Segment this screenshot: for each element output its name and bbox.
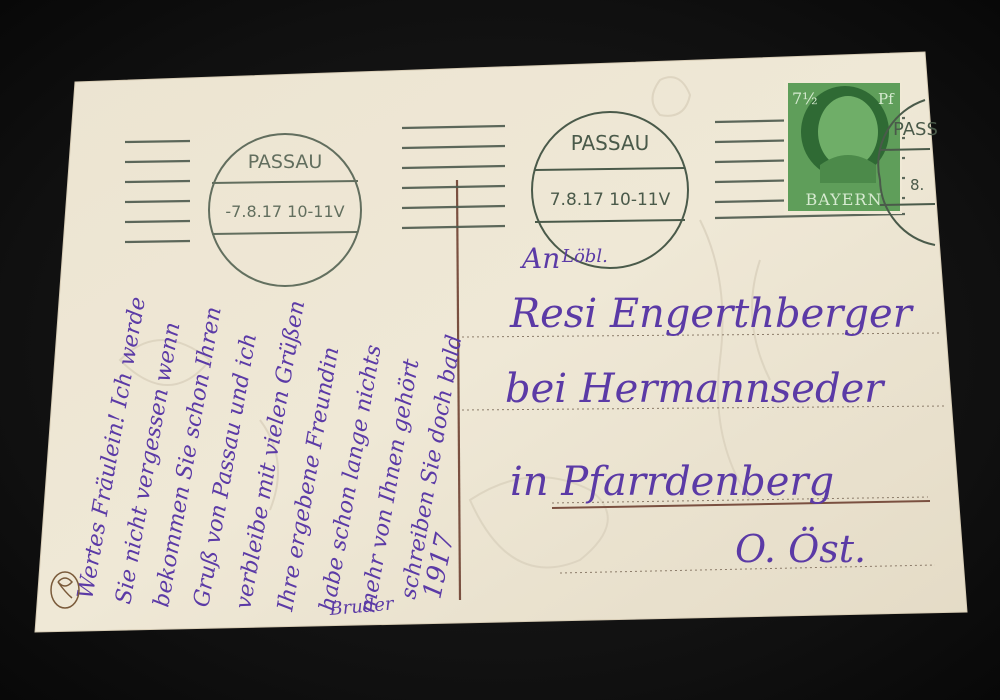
- postcard: PASSAU 7.8.17 10-11V PASSAU -7.8.17 10-1…: [0, 0, 1000, 700]
- svg-text:8.: 8.: [910, 176, 924, 194]
- svg-text:Löbl.: Löbl.: [561, 246, 608, 267]
- svg-text:bei Hermannseder: bei Hermannseder: [505, 366, 886, 412]
- svg-text:PASS: PASS: [893, 119, 938, 140]
- svg-text:O. Öst.: O. Öst.: [735, 527, 866, 571]
- svg-text:BAYERN: BAYERN: [806, 190, 883, 209]
- svg-text:PASSAU: PASSAU: [248, 151, 323, 173]
- svg-text:Resi Engerthberger: Resi Engerthberger: [509, 291, 915, 337]
- postage-stamp: 7½ Pf BAYERN: [784, 80, 902, 214]
- svg-text:An: An: [519, 242, 560, 275]
- svg-text:in Pfarrdenberg: in Pfarrdenberg: [510, 459, 834, 505]
- svg-text:7.8.17 10-11V: 7.8.17 10-11V: [550, 190, 671, 210]
- svg-text:PASSAU: PASSAU: [571, 131, 650, 155]
- svg-text:-7.8.17 10-11V: -7.8.17 10-11V: [225, 202, 344, 221]
- svg-text:Pf: Pf: [878, 90, 895, 108]
- postcard-drawing: PASSAU 7.8.17 10-11V PASSAU -7.8.17 10-1…: [0, 0, 1000, 700]
- svg-text:7½: 7½: [792, 89, 818, 108]
